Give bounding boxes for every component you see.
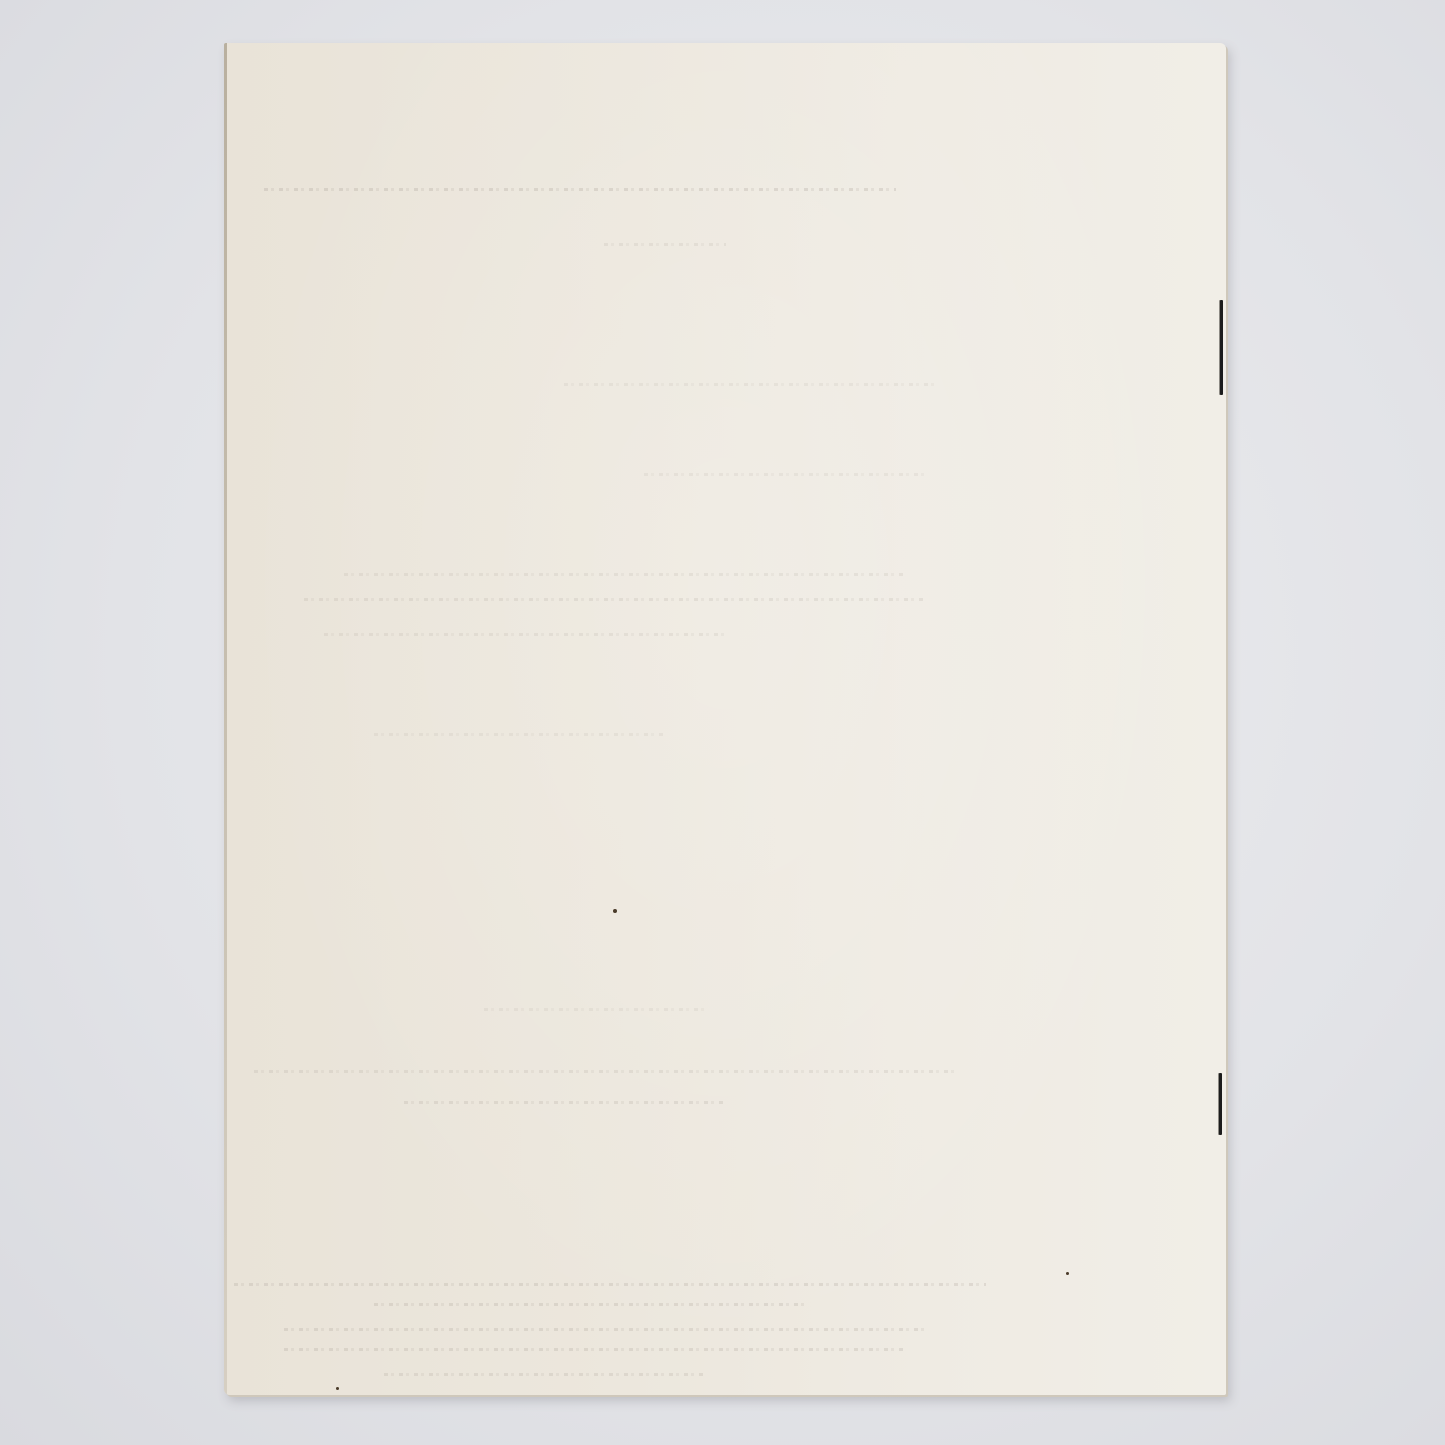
show-through-line (254, 1070, 956, 1073)
paper-spot (336, 1387, 339, 1390)
show-through-line (564, 383, 936, 386)
staple-upper (1220, 300, 1223, 395)
paper-left-edge (224, 43, 227, 1395)
show-through-line (374, 733, 666, 736)
show-through-line (384, 1373, 706, 1376)
show-through-line (284, 1328, 926, 1331)
show-through-line (374, 1303, 806, 1306)
show-through-line (484, 1008, 706, 1011)
show-through-line (234, 1283, 986, 1286)
paper-spot (1066, 1272, 1069, 1275)
show-through-line (324, 633, 726, 636)
show-through-line (264, 188, 896, 191)
show-through-line (304, 598, 926, 601)
show-through-line (284, 1348, 906, 1351)
show-through-line (404, 1101, 726, 1104)
staple-lower (1219, 1073, 1222, 1135)
show-through-line (344, 573, 906, 576)
show-through-line (604, 243, 726, 246)
paper-spot (613, 909, 617, 913)
booklet-back-cover (224, 43, 1226, 1395)
show-through-line (644, 473, 926, 476)
